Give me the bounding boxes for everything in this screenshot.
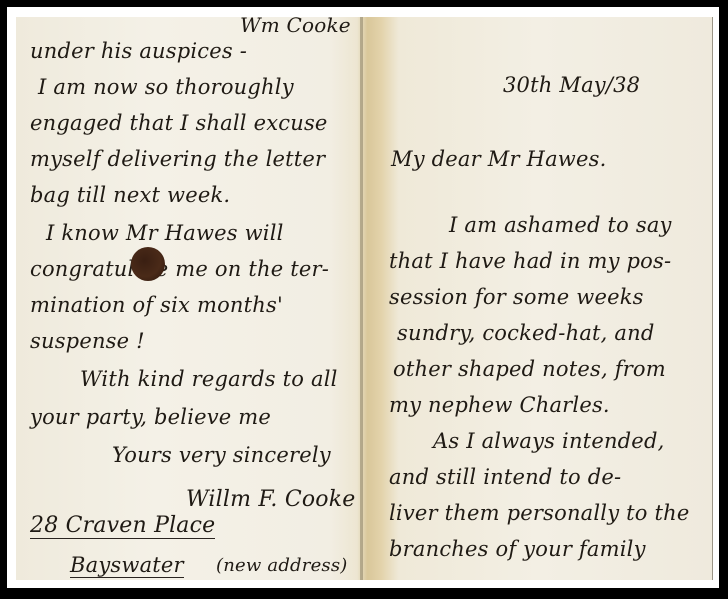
ink-blot bbox=[131, 247, 165, 281]
page-header: Wm Cooke bbox=[240, 13, 351, 37]
text-line: With kind regards to all bbox=[80, 367, 338, 391]
text-line: I know Mr Hawes will bbox=[46, 221, 284, 245]
fold-crease bbox=[360, 17, 363, 580]
text-line: myself delivering the letter bbox=[30, 147, 325, 171]
text-line: session for some weeks bbox=[389, 285, 644, 309]
text-line: I am ashamed to say bbox=[449, 213, 672, 237]
left-page: Wm Cooke under his auspices - I am now s… bbox=[16, 17, 360, 580]
text-line: mination of six months' bbox=[30, 293, 283, 317]
text-line: congratulate me on the ter- bbox=[30, 257, 329, 281]
salutation: My dear Mr Hawes. bbox=[391, 147, 606, 171]
text-line: your party, believe me bbox=[30, 405, 271, 429]
letter-date: 30th May/38 bbox=[503, 73, 640, 97]
text-line: and still intend to de- bbox=[389, 465, 621, 489]
address-note: (new address) bbox=[216, 555, 348, 576]
text-line: that I have had in my pos- bbox=[389, 249, 671, 273]
text-line: engaged that I shall excuse bbox=[30, 111, 328, 135]
text-line: my nephew Charles. bbox=[389, 393, 610, 417]
text-line: under his auspices - bbox=[30, 39, 247, 63]
address-line-1: 28 Craven Place bbox=[30, 513, 215, 539]
text-line: As I always intended, bbox=[433, 429, 664, 453]
address-line-2: Bayswater bbox=[70, 553, 184, 578]
text-line: suspense ! bbox=[30, 329, 145, 353]
text-line: sundry, cocked-hat, and bbox=[397, 321, 655, 345]
text-line: other shaped notes, from bbox=[393, 357, 666, 381]
signature: Willm F. Cooke bbox=[186, 487, 356, 512]
text-line: bag till next week. bbox=[30, 183, 230, 207]
text-line: branches of your family bbox=[389, 537, 646, 561]
closing: Yours very sincerely bbox=[112, 443, 331, 467]
text-line: liver them personally to the bbox=[389, 501, 690, 525]
right-page: 30th May/38 My dear Mr Hawes. I am asham… bbox=[383, 17, 711, 580]
text-line: I am now so thoroughly bbox=[38, 75, 294, 99]
